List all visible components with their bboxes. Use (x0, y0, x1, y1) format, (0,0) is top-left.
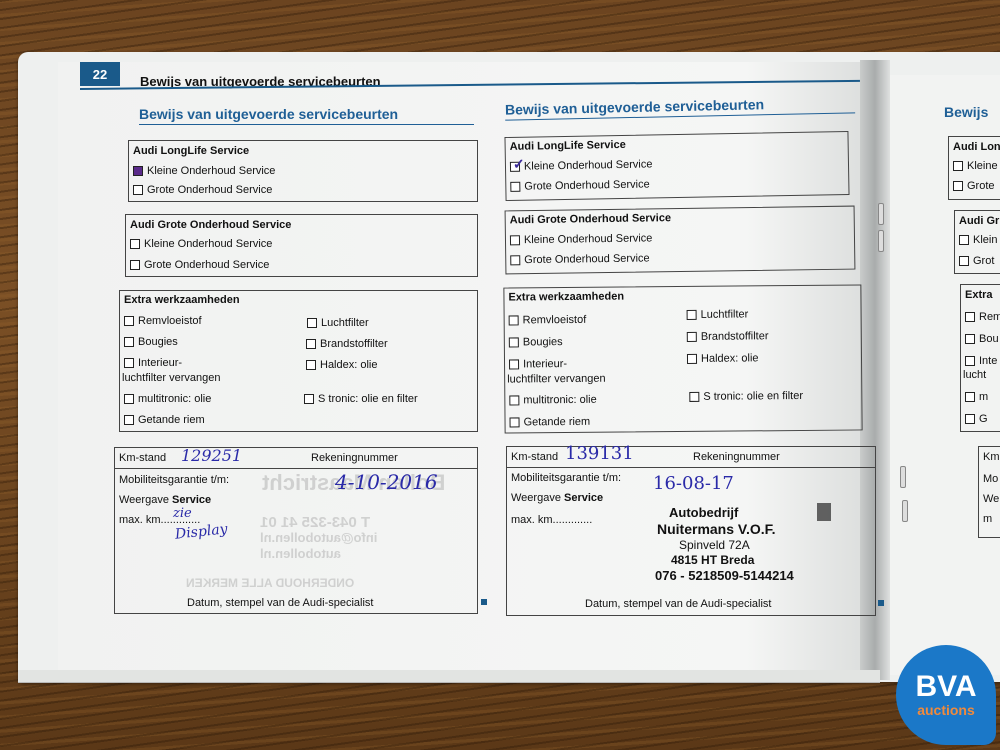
checkbox-icon[interactable] (124, 394, 134, 404)
checkbox-icon[interactable] (509, 359, 519, 369)
checkbox-icon[interactable] (306, 339, 316, 349)
entry-1-extra-box: Extra werkzaamheden Remvloeistof Bougies… (119, 290, 478, 432)
checkbox-icon[interactable] (509, 337, 519, 347)
extra-header: Extra werkzaamheden (124, 294, 240, 306)
rekeningnummer-label: Rekeningnummer (311, 452, 398, 464)
dealer-stamp-phone: 076 - 5218509-5144214 (655, 568, 794, 583)
staple (878, 203, 884, 225)
staple (902, 500, 908, 522)
checkbox-remvloeistof[interactable]: Remvloeistof (509, 314, 587, 327)
checkbox-icon[interactable] (124, 337, 134, 347)
checkbox-icon (965, 312, 975, 322)
entry-1-record-box: Km-stand 129251 Rekeningnummer Mobilitei… (114, 447, 478, 614)
dealer-stamp-city: 4815 HT Breda (671, 553, 754, 567)
checkbox-s-tronic[interactable]: S tronic: olie en filter (304, 393, 418, 405)
grote-header: Audi Grote Onderhoud Service (130, 219, 291, 231)
checkbox-icon (953, 161, 963, 171)
interieur-cont: luchtfilter vervangen (507, 373, 606, 386)
divider (115, 468, 477, 469)
checkbox-icon[interactable] (509, 315, 519, 325)
page-number: 22 (80, 62, 120, 86)
max-km-value: zie (173, 506, 192, 521)
entry-1-grote-box: Audi Grote Onderhoud Service Kleine Onde… (125, 214, 478, 277)
entry-2-grote-box: Audi Grote Onderhoud Service Kleine Onde… (505, 206, 856, 275)
km-stand-value: 129251 (181, 446, 242, 465)
checkbox-brandstoffilter[interactable]: Brandstoffilter (687, 330, 769, 343)
checkbox-icon[interactable] (133, 185, 143, 195)
checkbox-grote-onderhoud[interactable]: Grote Onderhoud Service (130, 259, 269, 271)
dealer-stamp-name: Autobedrijf (669, 505, 738, 520)
checkbox-icon (959, 256, 969, 266)
checkbox-icon[interactable] (687, 354, 697, 364)
staple (878, 230, 884, 252)
next-page-box: Extra Rem Bou Inte lucht m G (960, 284, 1000, 432)
checkbox-luchtfilter[interactable]: Luchtfilter (687, 308, 749, 321)
entry-2-record-box: Km-stand 139131 Rekeningnummer Mobilitei… (506, 446, 876, 616)
entry-1-longlife-box: Audi LongLife Service Kleine Onderhoud S… (128, 140, 478, 202)
checkbox-bougies[interactable]: Bougies (124, 336, 178, 348)
checkbox-icon[interactable] (510, 182, 520, 192)
checkbox-checked-icon[interactable] (133, 166, 143, 176)
record-footer: Datum, stempel van de Audi-specialist (585, 598, 771, 610)
interieur-cont: luchtfilter vervangen (122, 372, 220, 384)
next-page-box: Audi Lon Kleine Grote (948, 136, 1000, 200)
mobiliteit-value: 4-10-2016 (335, 470, 438, 494)
weergave-label: Weergave Service (119, 494, 211, 506)
checkbox-icon[interactable] (130, 239, 140, 249)
checkbox-icon (965, 356, 975, 366)
checkbox-brandstoffilter[interactable]: Brandstoffilter (306, 338, 388, 350)
checkbox-icon (965, 334, 975, 344)
next-page-title: Bewijs (944, 104, 1000, 122)
mobiliteit-label: Mobiliteitsgarantie t/m: (511, 472, 621, 484)
checkbox-icon[interactable] (510, 417, 520, 427)
longlife-header: Audi LongLife Service (510, 139, 626, 153)
checkbox-icon (965, 392, 975, 402)
weergave-label: Weergave Service (511, 492, 603, 504)
checkbox-getande-riem[interactable]: Getande riem (124, 414, 205, 426)
max-km-label: max. km............. (511, 514, 592, 526)
checkbox-icon (959, 235, 969, 245)
km-stand-value: 139131 (565, 443, 634, 464)
dealer-stamp-address: Spinveld 72A (679, 538, 750, 552)
checkbox-icon[interactable] (509, 395, 519, 405)
checkbox-icon[interactable] (130, 260, 140, 270)
bva-sub: auctions (917, 702, 975, 718)
checkbox-icon[interactable] (510, 255, 520, 265)
entry-2-longlife-box: Audi LongLife Service ✓ Kleine Onderhoud… (504, 131, 849, 201)
page-marker-square (878, 600, 884, 606)
checkbox-remvloeistof[interactable]: Remvloeistof (124, 315, 202, 327)
km-stand-label: Km-stand (119, 452, 166, 464)
checkbox-icon[interactable] (687, 332, 697, 342)
checkbox-s-tronic[interactable]: S tronic: olie en filter (689, 390, 803, 403)
checkbox-multitronic[interactable]: multitronic: olie (124, 393, 211, 405)
checkbox-interieur[interactable]: Interieur- (509, 358, 567, 371)
checkbox-icon[interactable] (124, 358, 134, 368)
checkbox-icon[interactable] (306, 360, 316, 370)
page-edge (18, 670, 880, 683)
record-footer: Datum, stempel van de Audi-specialist (187, 597, 373, 609)
next-page-box: Audi Gr Klein Grot (954, 210, 1000, 274)
checkbox-getande-riem[interactable]: Getande riem (509, 416, 590, 429)
divider (507, 467, 875, 468)
checkbox-icon[interactable] (124, 415, 134, 425)
checkbox-kleine-onderhoud[interactable]: Kleine Onderhoud Service (133, 165, 275, 177)
checkbox-grote-onderhoud[interactable]: Grote Onderhoud Service (510, 178, 650, 192)
bva-auctions-logo: BVA auctions (896, 645, 996, 745)
staple (900, 466, 906, 488)
checkbox-icon (953, 181, 963, 191)
grote-header: Audi Grote Onderhoud Service (510, 212, 672, 226)
mobiliteit-label: Mobiliteitsgarantie t/m: (119, 474, 229, 486)
checkbox-icon[interactable] (307, 318, 317, 328)
rekeningnummer-label: Rekeningnummer (693, 451, 780, 463)
extra-header: Extra werkzaamheden (508, 291, 624, 304)
checkbox-icon[interactable] (687, 310, 697, 320)
mobiliteit-value: 16-08-17 (653, 473, 734, 494)
checkbox-icon[interactable] (689, 392, 699, 402)
checkbox-bougies[interactable]: Bougies (509, 336, 563, 348)
checkbox-icon[interactable] (304, 394, 314, 404)
stamp-smudge (817, 503, 831, 521)
checkbox-luchtfilter[interactable]: Luchtfilter (307, 317, 369, 329)
next-page-box: Km Mo We m (978, 446, 1000, 538)
checkbox-kleine-onderhoud[interactable]: Kleine Onderhoud Service (130, 238, 272, 250)
checkbox-kleine-onderhoud[interactable]: ✓ Kleine Onderhoud Service (510, 158, 653, 172)
checkbox-multitronic[interactable]: multitronic: olie (509, 394, 596, 407)
checkbox-haldex[interactable]: Haldex: olie (306, 359, 377, 371)
checkbox-grote-onderhoud[interactable]: Grote Onderhoud Service (510, 252, 650, 266)
entry-2-extra-box: Extra werkzaamheden Remvloeistof Bougies… (503, 284, 862, 433)
checkbox-checked-icon[interactable]: ✓ (510, 162, 520, 172)
km-stand-label: Km-stand (511, 451, 558, 463)
checkbox-grote-onderhoud[interactable]: Grote Onderhoud Service (133, 184, 272, 196)
checkbox-haldex[interactable]: Haldex: olie (687, 352, 759, 365)
bva-brand: BVA (915, 672, 976, 702)
dealer-stamp-company: Nuitermans V.O.F. (657, 521, 776, 537)
checkbox-icon[interactable] (510, 235, 520, 245)
entry-1-title: Bewijs van uitgevoerde servicebeurten (139, 106, 474, 125)
longlife-header: Audi LongLife Service (133, 145, 249, 157)
checkbox-icon[interactable] (124, 316, 134, 326)
checkbox-icon (965, 414, 975, 424)
checkbox-interieur[interactable]: Interieur- (124, 357, 182, 369)
page-marker-square (481, 599, 487, 605)
checkbox-kleine-onderhoud[interactable]: Kleine Onderhoud Service (510, 232, 653, 246)
